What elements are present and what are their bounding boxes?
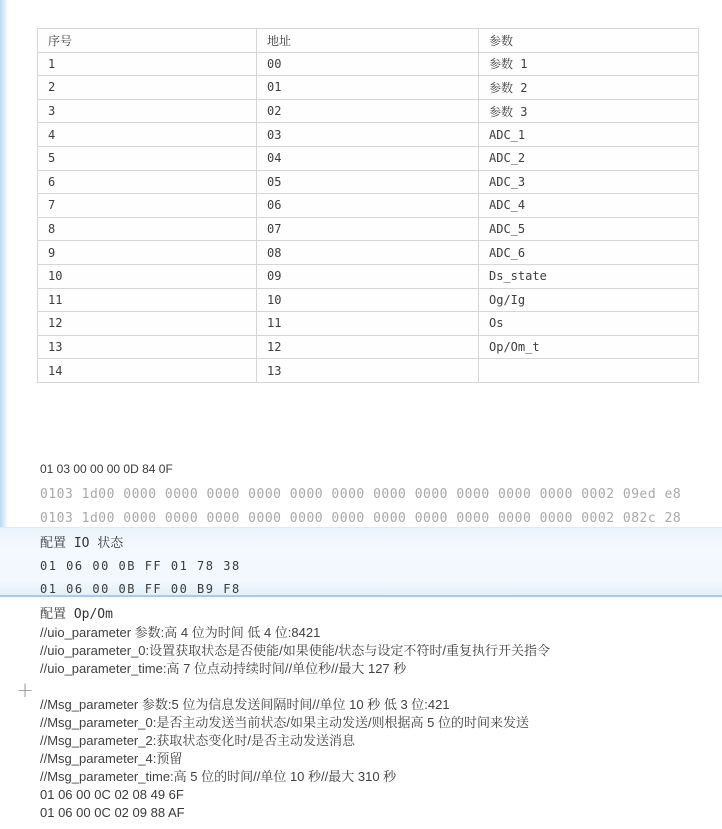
cell-index: 9 bbox=[38, 241, 257, 265]
cell-index: 3 bbox=[38, 99, 257, 123]
table-row: 11 10 Og/Ig bbox=[38, 288, 699, 312]
op-command-line: 01 06 00 0C 02 08 49 6F bbox=[40, 786, 710, 804]
cell-address: 08 bbox=[257, 241, 479, 265]
cell-address: 06 bbox=[257, 194, 479, 218]
table-row: 7 06 ADC_4 bbox=[38, 194, 699, 218]
table-row: 4 03 ADC_1 bbox=[38, 123, 699, 147]
cell-parameter: ADC_2 bbox=[479, 146, 699, 170]
uio-comment-line: //uio_parameter_time:高 7 位点动持续时间//单位秒//最… bbox=[40, 660, 710, 678]
cell-index: 7 bbox=[38, 194, 257, 218]
cell-parameter: ADC_1 bbox=[479, 123, 699, 147]
cell-index: 6 bbox=[38, 170, 257, 194]
window-edge-strip bbox=[0, 0, 8, 528]
cell-address: 10 bbox=[257, 288, 479, 312]
cell-address: 01 bbox=[257, 76, 479, 100]
cell-index: 11 bbox=[38, 288, 257, 312]
cell-parameter: 参数 3 bbox=[479, 99, 699, 123]
cell-parameter bbox=[479, 359, 699, 383]
uio-comment-line: //uio_parameter_0:设置获取状态是否使能/如果使能/状态与设定不… bbox=[40, 642, 710, 660]
cell-parameter: Ds_state bbox=[479, 264, 699, 288]
uio-comment-line: //uio_parameter 参数:高 4 位为时间 低 4 位:8421 bbox=[40, 624, 710, 642]
cell-address: 03 bbox=[257, 123, 479, 147]
io-command-line: 01 06 00 0B FF 00 B9 F8 bbox=[40, 578, 722, 601]
col-header-parameter: 参数 bbox=[479, 29, 699, 53]
op-command-line: 01 06 00 0C 02 09 88 AF bbox=[40, 804, 710, 822]
modbus-read-section: 01 03 00 00 00 0D 84 0F 0103 1d00 0000 0… bbox=[40, 459, 681, 531]
msg-comment-line: //Msg_parameter_4:预留 bbox=[40, 750, 710, 768]
msg-comment-line: //Msg_parameter_0:是否主动发送当前状态/如果主动发送/则根据高… bbox=[40, 714, 710, 732]
cell-address: 09 bbox=[257, 264, 479, 288]
io-config-section: 配置 IO 状态 01 06 00 0B FF 01 78 38 01 06 0… bbox=[0, 527, 722, 597]
blank-line bbox=[40, 678, 710, 696]
cell-address: 07 bbox=[257, 217, 479, 241]
cell-index: 13 bbox=[38, 335, 257, 359]
col-header-address: 地址 bbox=[257, 29, 479, 53]
cell-index: 10 bbox=[38, 264, 257, 288]
register-table: 序号 地址 参数 1 00 参数 1 2 01 参数 2 3 02 参数 3 4… bbox=[37, 28, 699, 383]
cell-index: 8 bbox=[38, 217, 257, 241]
table-row: 5 04 ADC_2 bbox=[38, 146, 699, 170]
cell-parameter: Os bbox=[479, 312, 699, 336]
cell-address: 00 bbox=[257, 52, 479, 76]
table-row: 9 08 ADC_6 bbox=[38, 241, 699, 265]
add-block-button[interactable]: + bbox=[14, 679, 36, 701]
cell-address: 11 bbox=[257, 312, 479, 336]
cell-address: 02 bbox=[257, 99, 479, 123]
cell-parameter: Op/Om_t bbox=[479, 335, 699, 359]
modbus-request-line: 01 03 00 00 00 0D 84 0F bbox=[40, 459, 681, 479]
table-row: 1 00 参数 1 bbox=[38, 52, 699, 76]
cell-parameter: ADC_5 bbox=[479, 217, 699, 241]
op-config-title: 配置 Op/Om bbox=[40, 606, 710, 624]
cell-index: 1 bbox=[38, 52, 257, 76]
table-row: 12 11 Os bbox=[38, 312, 699, 336]
msg-comment-line: //Msg_parameter_2:获取状态变化时/是否主动发送消息 bbox=[40, 732, 710, 750]
cell-address: 04 bbox=[257, 146, 479, 170]
cell-parameter: 参数 1 bbox=[479, 52, 699, 76]
cell-address: 13 bbox=[257, 359, 479, 383]
cell-index: 14 bbox=[38, 359, 257, 383]
io-config-title: 配置 IO 状态 bbox=[40, 535, 722, 552]
cell-index: 4 bbox=[38, 123, 257, 147]
modbus-response-line: 0103 1d00 0000 0000 0000 0000 0000 0000 … bbox=[40, 483, 681, 507]
table-row: 6 05 ADC_3 bbox=[38, 170, 699, 194]
table-header-row: 序号 地址 参数 bbox=[38, 29, 699, 53]
cell-address: 05 bbox=[257, 170, 479, 194]
table-row: 3 02 参数 3 bbox=[38, 99, 699, 123]
cell-address: 12 bbox=[257, 335, 479, 359]
table-row: 10 09 Ds_state bbox=[38, 264, 699, 288]
msg-comment-line: //Msg_parameter_time:高 5 位的时间//单位 10 秒//… bbox=[40, 768, 710, 786]
cell-parameter: ADC_4 bbox=[479, 194, 699, 218]
table-row: 8 07 ADC_5 bbox=[38, 217, 699, 241]
cell-index: 12 bbox=[38, 312, 257, 336]
document-page: { "table": { "headers": ["序号", "地址", "参数… bbox=[0, 0, 722, 829]
col-header-index: 序号 bbox=[38, 29, 257, 53]
cell-parameter: ADC_3 bbox=[479, 170, 699, 194]
cell-parameter: 参数 2 bbox=[479, 76, 699, 100]
msg-comment-line: //Msg_parameter 参数:5 位为信息发送间隔时间//单位 10 秒… bbox=[40, 696, 710, 714]
op-config-section: 配置 Op/Om //uio_parameter 参数:高 4 位为时间 低 4… bbox=[40, 606, 710, 822]
cell-parameter: ADC_6 bbox=[479, 241, 699, 265]
table-row: 13 12 Op/Om_t bbox=[38, 335, 699, 359]
table-row: 14 13 bbox=[38, 359, 699, 383]
table-row: 2 01 参数 2 bbox=[38, 76, 699, 100]
cell-index: 5 bbox=[38, 146, 257, 170]
cell-parameter: Og/Ig bbox=[479, 288, 699, 312]
io-command-line: 01 06 00 0B FF 01 78 38 bbox=[40, 555, 722, 578]
cell-index: 2 bbox=[38, 76, 257, 100]
